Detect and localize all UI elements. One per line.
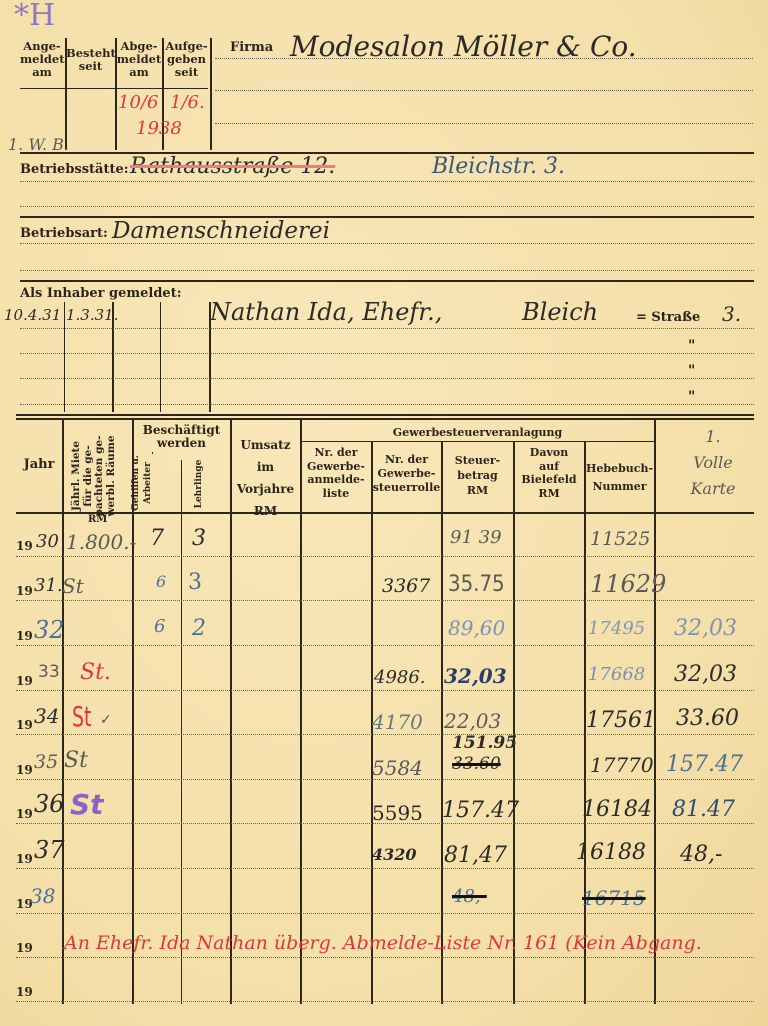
ditto-mark: " xyxy=(688,363,695,379)
year-suffix: 31. xyxy=(34,575,63,596)
year-suffix: 32 xyxy=(34,616,65,644)
hebebuch-struck: 16715 xyxy=(582,886,646,910)
dotted-line xyxy=(20,270,754,271)
table-header-bottom xyxy=(16,512,754,514)
col-header-lehrlinge: Lehrlinge xyxy=(194,454,206,514)
hebebuch-value: 17770 xyxy=(590,753,654,777)
col-divider xyxy=(62,420,64,1004)
steuerrolle-value: 5595 xyxy=(372,801,423,825)
miete-stamp: St xyxy=(70,788,104,821)
year-suffix: 34 xyxy=(34,704,59,728)
hebebuch-value: 11525 xyxy=(590,528,650,550)
year-prefix: 19 xyxy=(16,763,33,777)
divider xyxy=(152,452,153,454)
row-line xyxy=(16,957,754,958)
steuerbetrag-corrected: 151.95 xyxy=(452,733,517,753)
group-header-underline xyxy=(300,441,654,442)
inhaber-street-print: = Straße xyxy=(636,310,700,325)
betriebsart-value: Damenschneiderei xyxy=(112,218,330,244)
tax-registry-card: *H Ange- meldet am Besteht seit Abge- me… xyxy=(0,0,768,1026)
col-group-header-gewerbesteuer: Gewerbesteuerveranlagung xyxy=(301,426,654,439)
miete-value: 1.800.- xyxy=(66,530,136,554)
dotted-line xyxy=(215,123,753,124)
col-header-hebebuch: Hebebuch- Nummer xyxy=(585,460,654,496)
header-aufgegeben-seit: Aufge- geben seit xyxy=(163,40,210,79)
gehilfen-value: 6 xyxy=(156,572,166,591)
col-divider xyxy=(300,420,302,1004)
transfer-note: An Ehefr. Ida Nathan überg. Abmelde-List… xyxy=(64,932,702,954)
steuerrolle-value: 4320 xyxy=(372,845,417,864)
row-line xyxy=(16,734,754,735)
divider xyxy=(64,302,65,412)
year-suffix: 36 xyxy=(34,790,65,818)
abgemeldet-value: 10/6 xyxy=(118,92,158,113)
col-header-umsatz: Umsatz im Vorjahre RM xyxy=(231,434,300,522)
aufgegeben-value: 1/6. xyxy=(170,92,205,113)
col-header-anmeldeliste: Nr. der Gewerbe- anmelde- liste xyxy=(301,446,371,500)
year-prefix: 19 xyxy=(16,674,33,688)
steuerrolle-value: 5584 xyxy=(372,756,423,780)
year-prefix: 19 xyxy=(16,539,33,553)
dotted-line xyxy=(20,404,754,405)
year-suffix: 35 xyxy=(34,751,58,773)
col-header-beschaeftigt: Beschäftigt werden xyxy=(133,424,230,450)
dotted-line xyxy=(20,378,754,379)
inhaber-street-handwritten: Bleich xyxy=(522,298,598,326)
steuerrolle-value: 3367 xyxy=(382,575,430,597)
divider xyxy=(210,38,212,150)
header-abgemeldet-am: Abge- meldet am xyxy=(116,40,162,79)
col-divider xyxy=(181,460,182,1004)
extra-value: 157.47 xyxy=(666,752,743,777)
year-suffix: 38 xyxy=(30,884,55,908)
ditto-mark: " xyxy=(688,338,695,354)
steuerbetrag-value: 81,47 xyxy=(444,843,507,868)
dotted-line xyxy=(20,206,754,207)
betriebsstaette-label: Betriebsstätte: xyxy=(20,162,129,177)
extra-value: 33.60 xyxy=(676,706,739,731)
section-divider xyxy=(20,280,754,282)
header-underline xyxy=(20,88,208,89)
check-mark: ✓ xyxy=(100,712,112,728)
lehrlinge-value: 3 xyxy=(188,570,202,595)
table-top-border xyxy=(16,414,754,416)
steuerbetrag-value: 22,03 xyxy=(444,709,501,733)
year-prefix: 19 xyxy=(16,807,33,821)
abmeldung-year: 1938 xyxy=(136,118,182,139)
inhaber-date-since: 1.3.31. xyxy=(66,306,118,324)
hebebuch-value: 16188 xyxy=(576,840,646,865)
steuerrolle-value: 4170 xyxy=(372,710,423,734)
row-line xyxy=(16,556,754,557)
hebebuch-value: 17495 xyxy=(588,618,645,639)
col-header-gehilfen: Gehilfen u. Arbeiter xyxy=(131,455,157,511)
steuerbetrag-value: 157.47 xyxy=(442,798,519,823)
year-prefix: 19 xyxy=(16,584,33,598)
extra-value: 32,03 xyxy=(674,616,737,641)
miete-value: St xyxy=(62,574,84,598)
divider xyxy=(160,302,161,412)
extra-value: 32,03 xyxy=(674,662,737,687)
dotted-line xyxy=(20,353,754,354)
dotted-line xyxy=(20,181,754,182)
col-divider xyxy=(441,442,443,1004)
col-header-jahr: Jahr xyxy=(16,458,62,471)
row-line xyxy=(16,868,754,869)
dotted-line xyxy=(215,58,753,59)
row-line xyxy=(16,600,754,601)
row-line xyxy=(16,690,754,691)
miete-value: St. xyxy=(80,660,111,685)
dotted-line xyxy=(20,243,754,244)
inhaber-name: Nathan Ida, Ehefr., xyxy=(210,298,442,326)
year-suffix: 37 xyxy=(34,836,65,864)
steuerbetrag-value: 89,60 xyxy=(448,616,505,640)
corner-stamp-mark: *H xyxy=(14,0,55,33)
betriebsstaette-new-address: Bleichstr. 3. xyxy=(432,154,565,179)
extra-value: 81.47 xyxy=(672,797,735,822)
table-top-border xyxy=(16,418,754,420)
inhaber-label: Als Inhaber gemeldet: xyxy=(20,286,182,301)
col-header-steuerbetrag: Steuer- betrag RM xyxy=(442,453,513,498)
rm-unit-label: RM xyxy=(88,514,107,525)
gehilfen-value: 6 xyxy=(154,616,165,637)
inhaber-house-number: 3. xyxy=(722,302,741,326)
col-header-steuerrolle: Nr. der Gewerbe- steuerrolle xyxy=(372,453,441,495)
miete-value: St xyxy=(64,748,88,773)
row-line xyxy=(16,1001,754,1002)
year-prefix: 19 xyxy=(16,718,33,732)
inhaber-date-from: 10.4.31 xyxy=(4,306,61,324)
year-prefix: 19 xyxy=(16,852,33,866)
gehilfen-value: 7 xyxy=(150,526,164,551)
hebebuch-value: 17561 xyxy=(586,708,656,733)
lehrlinge-value: 2 xyxy=(192,616,206,641)
firma-label: Firma xyxy=(230,40,273,55)
miete-stamp: St xyxy=(72,700,91,733)
betriebsstaette-old-address: Rathausstraße 12. xyxy=(130,154,335,179)
steuerbetrag-value: 91 39 xyxy=(450,527,502,548)
year-prefix: 19 xyxy=(16,985,33,999)
col-header-bielefeld: Davon auf Bielefeld RM xyxy=(514,446,584,500)
year-prefix: 19 xyxy=(16,941,33,955)
steuerbetrag-struck: 48,- xyxy=(452,886,487,907)
dotted-line xyxy=(20,328,754,329)
steuerbetrag-struck: 33.60 xyxy=(452,754,501,774)
hebebuch-value: 17668 xyxy=(588,664,645,685)
betriebsart-label: Betriebsart: xyxy=(20,226,108,241)
header-angemeldet-am: Ange- meldet am xyxy=(20,40,64,79)
year-suffix: 33 xyxy=(38,662,60,682)
col-header-extra-note: 1. Volle Karte xyxy=(668,424,758,502)
steuerrolle-value: 4986. xyxy=(374,667,426,688)
header-besteht-seit: Besteht seit xyxy=(66,47,115,73)
extra-value: 48,- xyxy=(680,842,722,867)
col-header-miete: Jährl. Miete für die ge- pachteten ge- w… xyxy=(71,426,125,526)
row-line xyxy=(16,913,754,914)
col-divider xyxy=(513,442,515,1004)
year-prefix: 19 xyxy=(16,629,33,643)
ditto-mark: " xyxy=(688,389,695,405)
steuerbetrag-value: 35.75 xyxy=(448,572,505,597)
steuerbetrag-value: 32,03 xyxy=(444,664,507,688)
row-line xyxy=(16,645,754,646)
dotted-line xyxy=(215,90,753,91)
lehrlinge-value: 3 xyxy=(192,526,206,551)
hebebuch-value: 11629 xyxy=(590,570,666,598)
year-suffix: 30 xyxy=(36,531,59,552)
hebebuch-value: 16184 xyxy=(582,797,652,822)
